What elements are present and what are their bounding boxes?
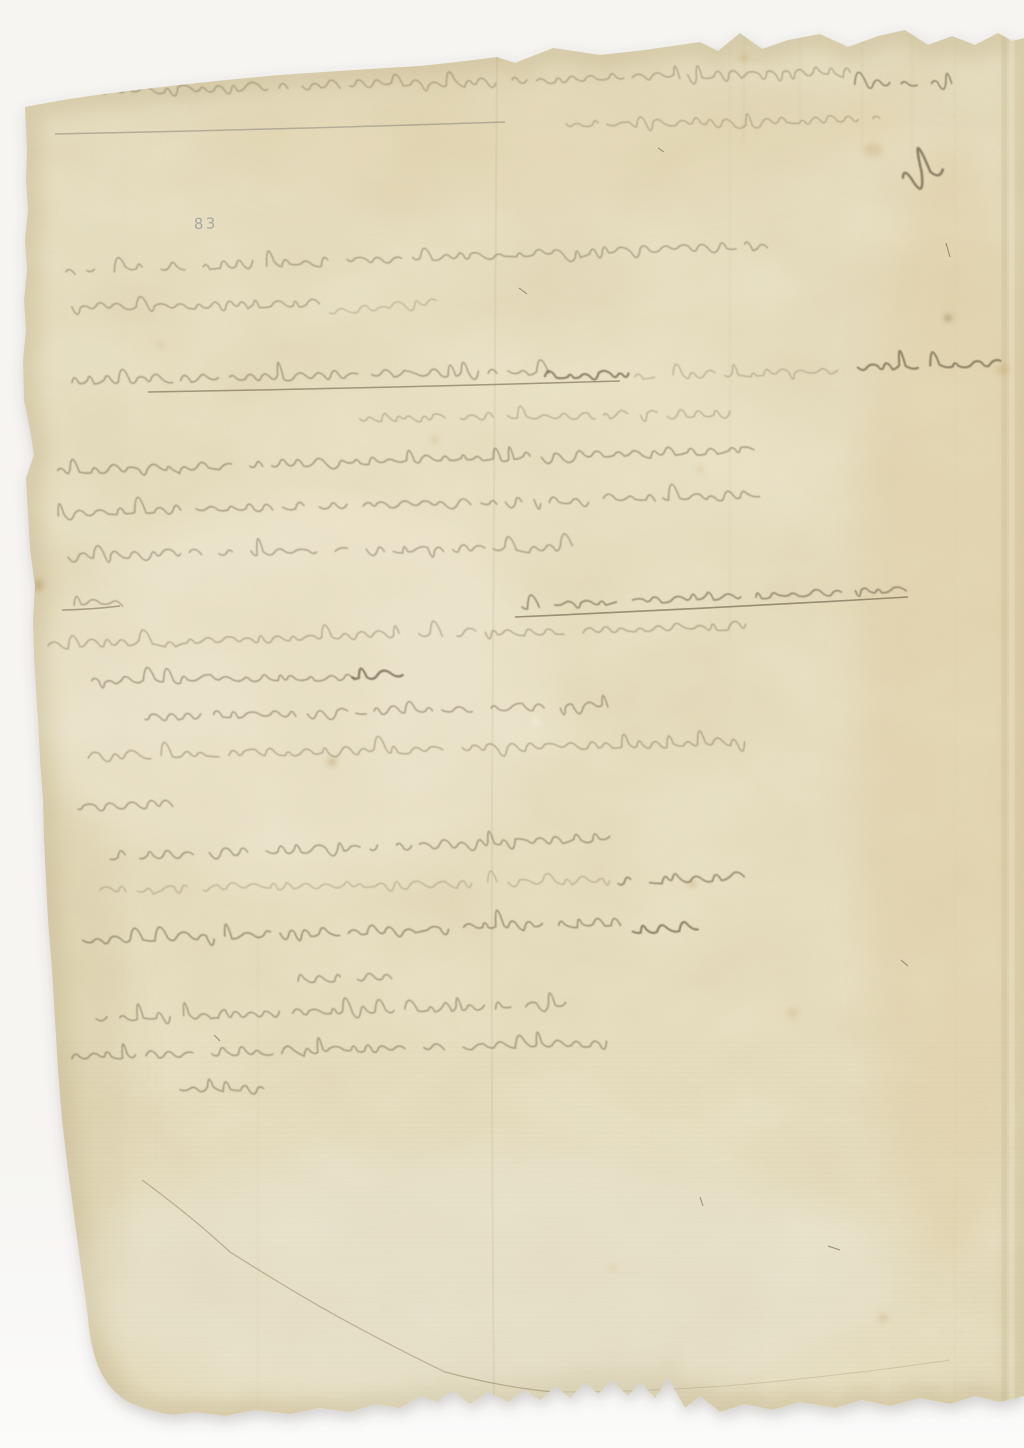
scan-page: { "document": { "description": "Aged han… [0, 0, 1024, 1448]
paper-surface: 83 [0, 0, 1024, 1448]
manuscript-page-image: 83 [0, 0, 1024, 1448]
page-number-pencil: 83 [194, 214, 219, 233]
manuscript-scan: 83 [0, 0, 1024, 1448]
